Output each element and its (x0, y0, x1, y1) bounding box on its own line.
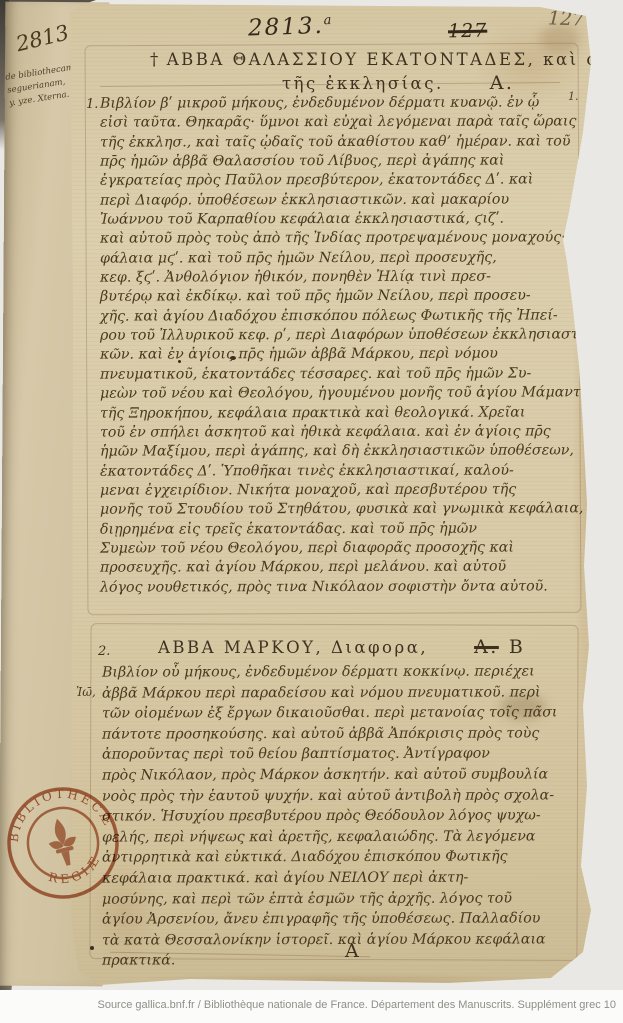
text-line: στικόν. Ἡσυχίου πρεσβυτέρου πρὸς Θεόδουλ… (102, 806, 558, 828)
text-line: κεφ. ξϛʹ. Ἀνθολόγιον ἠθικόν, πονηθὲν Ἠλί… (100, 267, 597, 288)
ink-spot (90, 946, 94, 950)
section2-text: Βιβλίον οὗ μήκους, ἐνδεδυμένον δέρματι κ… (102, 662, 557, 971)
text-line: ἀντιρρητικὰ καὶ εὐκτικά. Διαδόχου ἐπισκό… (102, 847, 558, 869)
text-line: πρακτικά. (102, 950, 558, 972)
section1-text: Βιβλίον βʹ μικροῦ μήκους, ἐνδεδυμένον δέ… (100, 94, 597, 597)
text-line: καὶ αὐτοῦ πρὸς τοὺς ἀπὸ τῆς Ἰνδίας προτρ… (100, 229, 597, 250)
stamp-fleur-de-lis-icon (43, 815, 82, 868)
manuscript-page: 2813.a 127 127 1. †ΑΒΒΑ ΘΑΛΑΣΣΙΟΥ ΕΚΑΤΟΝ… (70, 4, 610, 990)
section1-letter: Α. (490, 72, 515, 94)
text-line: ἀββᾶ Μάρκου περὶ παραδείσου καὶ νόμου πν… (102, 682, 558, 704)
text-line: κεφάλαια πρακτικά. καὶ ἁγίου ΝΕΙΛΟΥ περὶ… (102, 867, 558, 889)
text-line: φάλαια μϛʹ. καὶ τοῦ πρ̄ς ἡμῶν Νείλου, πε… (100, 248, 597, 269)
text-line: Συμεὼν τοῦ νέου Θεολόγου, περὶ διαφορᾶς … (100, 538, 597, 559)
margin-abbreviation: Ἰω̄, (76, 685, 96, 699)
text-line: φελής, περὶ νήψεως καὶ ἀρετῆς, κεφαλαιώδ… (102, 826, 558, 848)
text-line: πάντοτε προσηκούσης. καὶ αὐτοῦ ἀββᾶ Ἀπόκ… (102, 723, 558, 745)
text-line: μοσύνης, καὶ περὶ τῶν ἑπτὰ ἑσμῶν τῆς ἀρχ… (102, 888, 558, 910)
text-line: βυτέρῳ καὶ ἐκδίκῳ. καὶ τοῦ πρ̄ς ἡμῶν Νεί… (100, 287, 597, 308)
text-line: μονῆς τοῦ Στουδίου τοῦ Στηθάτου, φυσικὰ … (100, 500, 597, 521)
text-line: λόγος νουθετικός, πρὸς τινα Νικόλαον σοφ… (100, 577, 597, 598)
text-line: εἰσὶ ταῦτα. Θηκαρᾶς· ὕμνοι καὶ εὐχαὶ λεγ… (100, 113, 597, 134)
folio-number-struck: 127 (448, 20, 488, 43)
shelfmark-top: 2813.a (248, 13, 334, 42)
text-line: ἐγκρατείας πρὸς Παῦλον πρεσβύτερον, ἑκατ… (100, 171, 597, 192)
item-number-1: 1. (86, 97, 98, 112)
text-line: περὶ Διαφόρ. ὑποθέσεων ἐκκλησιαστικῶν. κ… (100, 190, 597, 211)
item-number-2: 2. (98, 644, 110, 659)
section2-letter-struck: Α. (474, 636, 499, 658)
section1-heading-line1: †ΑΒΒΑ ΘΑΛΑΣΣΙΟΥ ΕΚΑΤΟΝΤΑΔΕΣ, καὶ ὀφφίκιό… (150, 50, 623, 69)
text-line: νοὸς πρὸς τὴν ἑαυτοῦ ψυχήν. καὶ αὐτοῦ ἀν… (102, 785, 558, 807)
text-line: Βιβλίον βʹ μικροῦ μήκους, ἐνδεδυμένον δέ… (100, 93, 597, 114)
text-line: Ἰωάννου τοῦ Καρπαθίου κεφάλαια ἐκκλησιασ… (100, 209, 597, 230)
text-line: μεναι ἐγχειρίδιον. Νικήτα μοναχοῦ, καὶ π… (100, 480, 597, 501)
section2-letter: Β (509, 636, 525, 658)
text-line: πρὸς Νικόλαον, πρὸς Μάρκον ἀσκητήν. καὶ … (102, 764, 558, 786)
text-line: χῆς. καὶ ἁγίου Διαδόχου ἐπισκόπου πόλεως… (100, 306, 597, 327)
section2-heading: ΑΒΒΑ ΜΑΡΚΟΥ, Διαφορα,Α.Β (158, 636, 525, 658)
text-line: ἀποροῦντας περὶ τοῦ θείου βαπτίσματος. Ἀ… (102, 744, 558, 766)
text-line: διῃρημένα εἰς τρεῖς ἑκατοντάδας. καὶ τοῦ… (100, 519, 597, 540)
text-line: ρου τοῦ Ἰλλυρικοῦ κεφ. ρʹ, περὶ Διαφόρων… (100, 325, 597, 346)
text-line: μεὼν τοῦ νέου καὶ Θεολόγου, ἡγουμένου μο… (100, 384, 597, 405)
text-line: πρ̄ς ἡμῶν ἀββᾶ Θαλασσίου τοῦ Λίβυος, περ… (100, 151, 597, 172)
cross-mark: † (150, 50, 161, 69)
folio-number: 127 (548, 7, 585, 30)
text-line: κῶν. καὶ ἐν ἁγίοις πρ̄ς ἡμῶν ἀββᾶ Μάρκου… (100, 345, 597, 366)
text-line: τῆς Ξηροκήπου, κεφάλαια πρακτικὰ καὶ θεο… (100, 403, 597, 424)
text-line: τῆς ἐκκλησ., καὶ ταῖς ᾠδαῖς τοῦ ἀκαθίστο… (100, 132, 597, 153)
text-line: τὰ κατὰ Θεσσαλονίκην ἱστορεῖ. καὶ ἁγίου … (102, 929, 558, 951)
text-line: πνευματικοῦ, ἑκατοντάδες τέσσαρες. καὶ τ… (100, 364, 597, 385)
source-credit: Source gallica.bnf.fr / Bibliothèque nat… (97, 999, 616, 1011)
section1-heading-line2: τῆς ἐκκλησίας.Α. (282, 72, 514, 94)
text-line: τῶν οἰομένων ἐξ ἔργων δικαιοῦσθαι. περὶ … (102, 703, 558, 725)
quire-signature: A (345, 940, 359, 962)
text-line: ἁγίου Ἀρσενίου, ἄνευ ἐπιγραφῆς τῆς ὑποθέ… (102, 909, 558, 931)
text-line: Βιβλίον οὗ μήκους, ἐνδεδυμένον δέρματι κ… (102, 661, 558, 683)
manuscript-scan: 2813.a de bibliothecamseguerianam,y. yze… (0, 0, 623, 1023)
text-line: τοῦ ἐν σπήλει ἀσκητοῦ καὶ ἠθικὰ κεφάλαια… (100, 422, 597, 443)
text-line: προσευχῆς. καὶ ἁγίου Μάρκου, περὶ μελάνο… (100, 558, 597, 579)
text-line: ἑκατοντάδες Δʹ. Ὑποθῆκαι τινὲς ἐκκλησιασ… (100, 461, 597, 482)
text-line: ἡμῶν Μαξίμου, περὶ ἀγάπης, καὶ δὴ ἐκκλησ… (100, 442, 597, 463)
source-bar: Source gallica.bnf.fr / Bibliothèque nat… (0, 990, 623, 1023)
